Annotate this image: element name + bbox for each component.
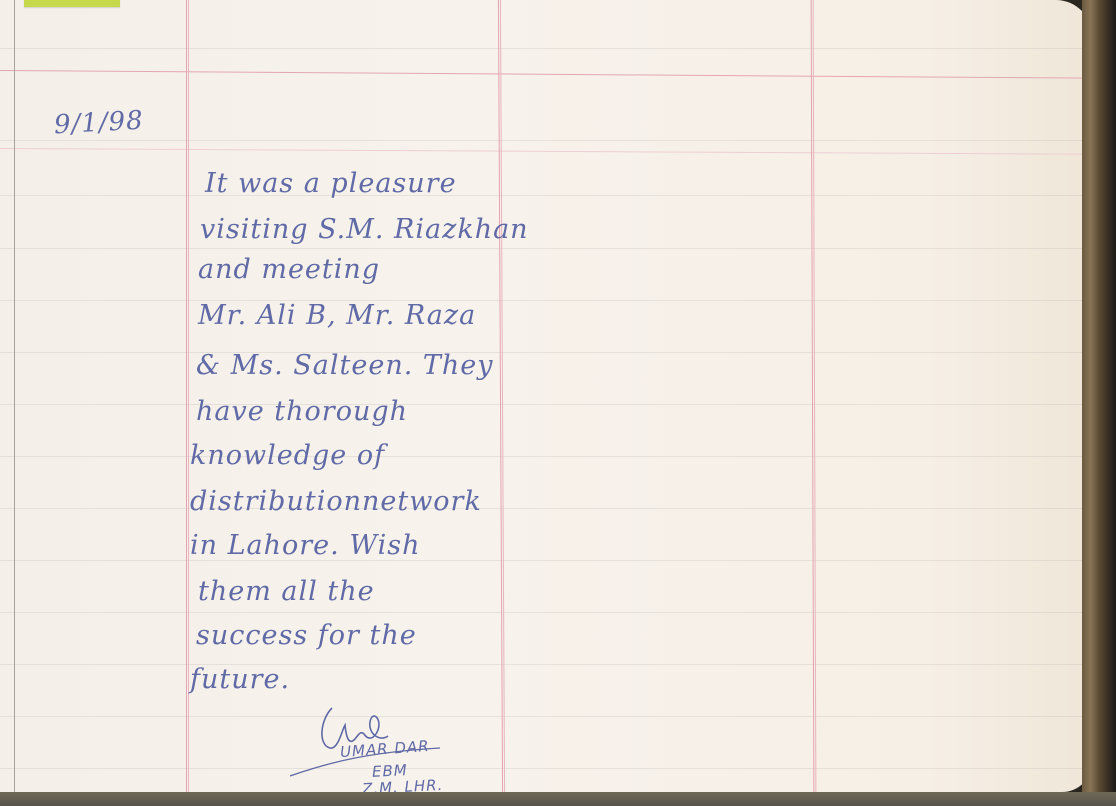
entry-date: 9/1/98 bbox=[53, 106, 144, 141]
entry-line-2: visiting S.M. Riazkhan bbox=[200, 214, 529, 245]
rule-line bbox=[0, 248, 1092, 249]
entry-line-5: & Ms. Salteen. They bbox=[196, 350, 494, 381]
rule-line bbox=[0, 612, 1092, 613]
entry-line-6: have thorough bbox=[196, 396, 408, 427]
rule-line bbox=[0, 664, 1092, 665]
entry-line-12: future. bbox=[190, 664, 290, 695]
rule-line bbox=[0, 560, 1092, 561]
header-rule-bottom bbox=[0, 148, 1092, 155]
rule-line bbox=[0, 352, 1092, 353]
column-divider-date bbox=[186, 0, 189, 792]
rule-line bbox=[0, 456, 1092, 457]
header-rule-top bbox=[0, 70, 1092, 79]
column-divider-right bbox=[811, 0, 817, 792]
column-divider-remarks bbox=[498, 0, 505, 792]
binding-margin bbox=[14, 0, 15, 792]
ledger-page: 9/1/98 It was a pleasure visiting S.M. R… bbox=[0, 0, 1092, 792]
rule-line bbox=[0, 140, 1092, 141]
entry-line-10: them all the bbox=[198, 576, 375, 607]
entry-line-11: success for the bbox=[196, 620, 417, 651]
rule-line bbox=[0, 300, 1092, 301]
entry-line-1: It was a pleasure bbox=[205, 168, 457, 199]
rule-line bbox=[0, 768, 1092, 769]
sticky-note-tab bbox=[24, 0, 120, 7]
rule-line bbox=[0, 716, 1092, 717]
rule-line bbox=[0, 195, 1092, 196]
entry-line-7: knowledge of bbox=[190, 440, 385, 471]
entry-line-4: Mr. Ali B, Mr. Raza bbox=[198, 300, 476, 331]
rule-line bbox=[0, 508, 1092, 509]
entry-line-8: distributionnetwork bbox=[190, 486, 482, 517]
entry-line-3: and meeting bbox=[198, 254, 380, 285]
rule-line bbox=[0, 48, 1092, 49]
rule-line bbox=[0, 404, 1092, 405]
book-bottom-edge bbox=[0, 792, 1116, 806]
entry-line-9: in Lahore. Wish bbox=[190, 530, 421, 561]
book-page-edge bbox=[1082, 0, 1116, 806]
